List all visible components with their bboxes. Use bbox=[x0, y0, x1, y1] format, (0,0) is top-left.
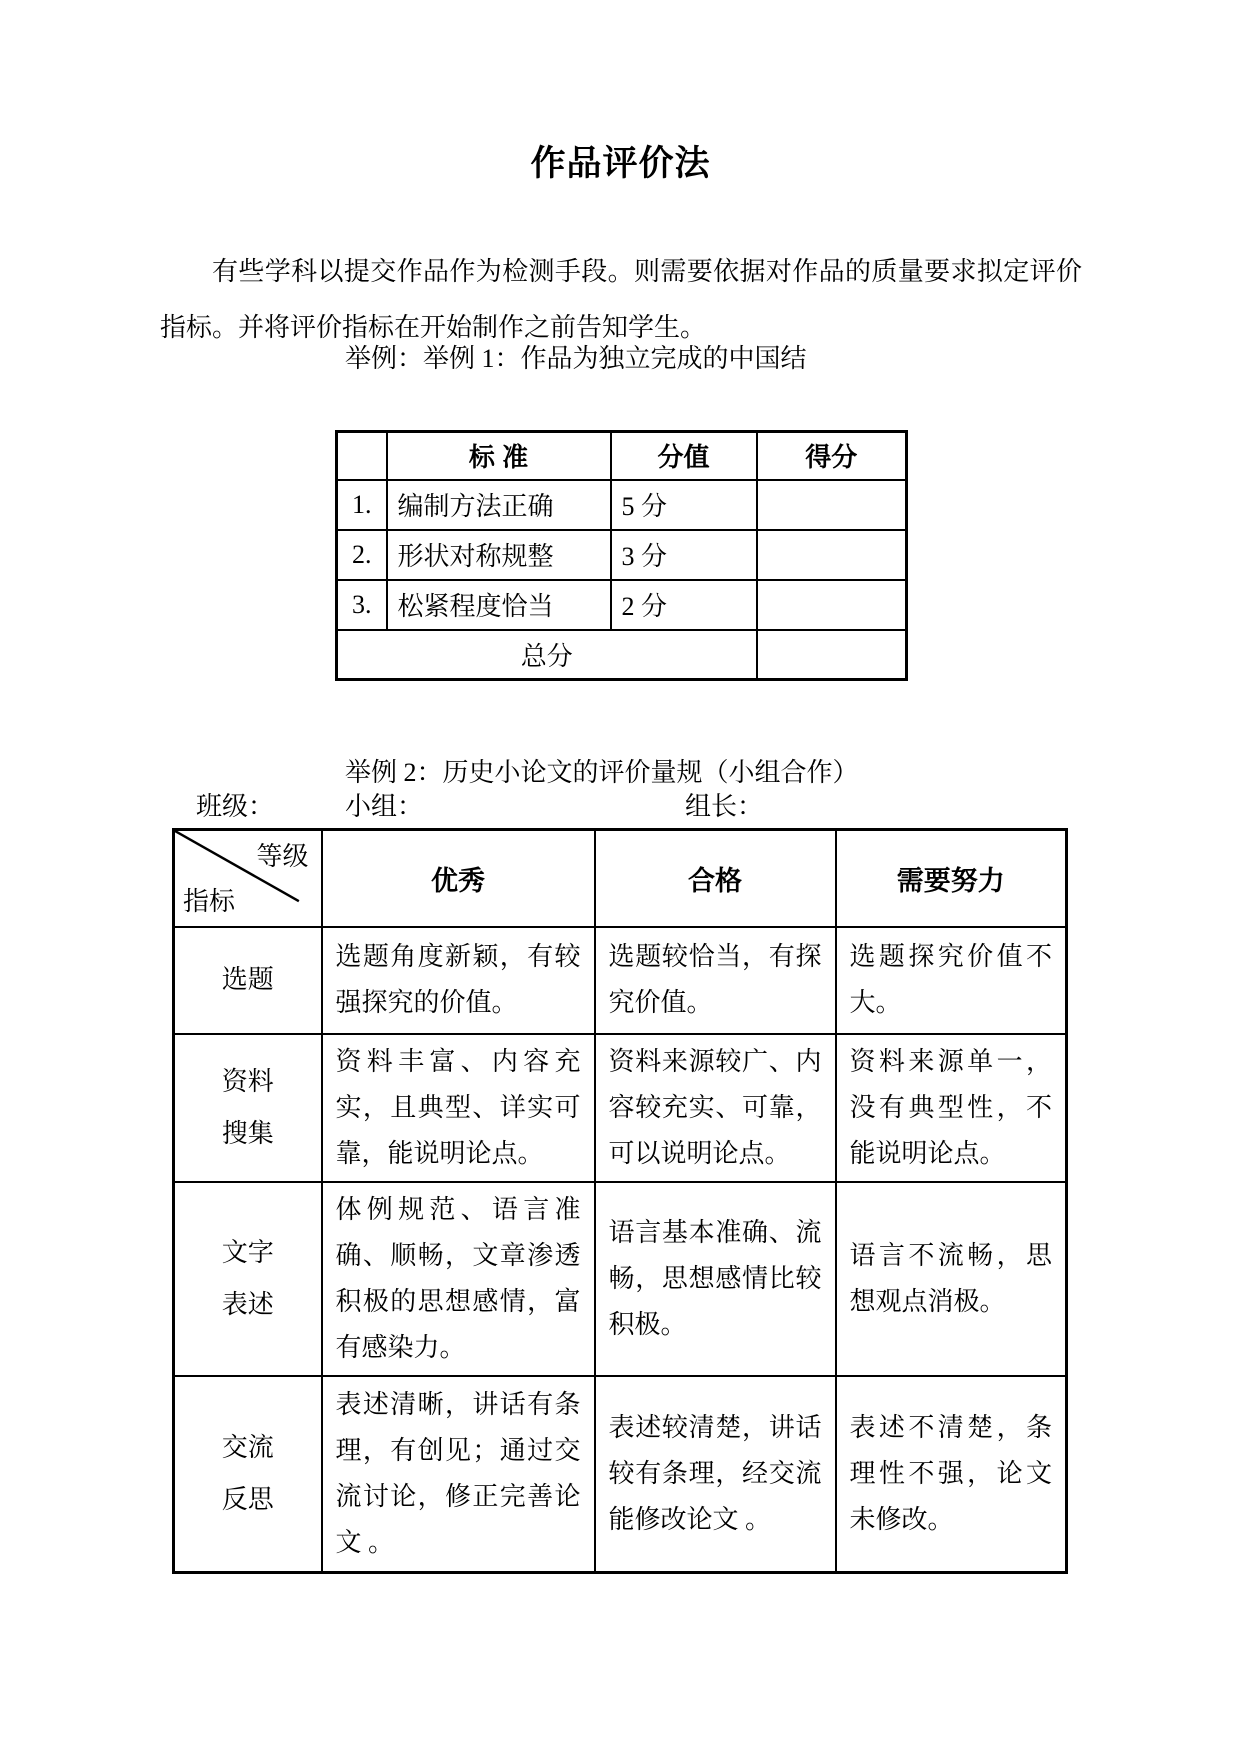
row-score: 3 分 bbox=[611, 530, 757, 580]
t2-header-needs-effort: 需要努力 bbox=[836, 830, 1067, 927]
table-row: 交流反思 表述清晰，讲话有条理，有创见；通过交流讨论，修正完善论文 。 表述较清… bbox=[174, 1376, 1067, 1573]
indicator-label-text: 选题 bbox=[220, 954, 276, 1006]
t2-header-excellent: 优秀 bbox=[322, 830, 595, 927]
score-table-header-row: 标 准 分值 得分 bbox=[337, 432, 907, 480]
qualified-cell: 选题较恰当，有探究价值。 bbox=[595, 927, 836, 1034]
example2-caption: 举例 2：历史小论文的评价量规（小组合作） bbox=[345, 752, 859, 789]
indicator-label-text: 交流反思 bbox=[220, 1422, 276, 1526]
indicator-label: 资料搜集 bbox=[174, 1034, 322, 1182]
row-number: 1. bbox=[337, 480, 387, 530]
table-row: 1. 编制方法正确 5 分 bbox=[337, 480, 907, 530]
indicator-label: 选题 bbox=[174, 927, 322, 1034]
row-earned-cell bbox=[757, 580, 907, 630]
total-row: 总分 bbox=[337, 630, 907, 680]
table-row: 文字表述 体例规范、语言准确、顺畅，文章渗透积极的思想感情，富有感染力。 语言基… bbox=[174, 1182, 1067, 1376]
row-number: 3. bbox=[337, 580, 387, 630]
corner-label-indicator: 指标 bbox=[183, 881, 235, 918]
total-earned-cell bbox=[757, 630, 907, 680]
corner-cell: 等级 指标 bbox=[174, 830, 322, 927]
indicator-label: 文字表述 bbox=[174, 1182, 322, 1376]
excellent-cell: 表述清晰，讲话有条理，有创见；通过交流讨论，修正完善论文 。 bbox=[322, 1376, 595, 1573]
t1-header-earned: 得分 bbox=[757, 432, 907, 480]
page-title: 作品评价法 bbox=[0, 136, 1241, 186]
class-field-label: 班级： bbox=[196, 786, 274, 823]
table-row: 3. 松紧程度恰当 2 分 bbox=[337, 580, 907, 630]
needs-effort-cell: 选题探究价值不大。 bbox=[836, 927, 1067, 1034]
indicator-label: 交流反思 bbox=[174, 1376, 322, 1573]
example1-caption: 举例：举例 1：作品为独立完成的中国结 bbox=[345, 338, 807, 375]
corner-label-grade: 等级 bbox=[256, 836, 308, 873]
excellent-cell: 选题角度新颖，有较强探究的价值。 bbox=[322, 927, 595, 1034]
document-page: 作品评价法 有些学科以提交作品作为检测手段。则需要依据对作品的质量要求拟定评价指… bbox=[0, 0, 1241, 1754]
rubric-header-row: 等级 指标 优秀 合格 需要努力 bbox=[174, 830, 1067, 927]
table-row: 资料搜集 资料丰富、内容充实，且典型、详实可靠，能说明论点。 资料来源较广、内容… bbox=[174, 1034, 1067, 1182]
total-label: 总分 bbox=[337, 630, 757, 680]
row-earned-cell bbox=[757, 530, 907, 580]
row-criterion: 编制方法正确 bbox=[387, 480, 611, 530]
row-number: 2. bbox=[337, 530, 387, 580]
t2-header-qualified: 合格 bbox=[595, 830, 836, 927]
rubric-table: 等级 指标 优秀 合格 需要努力 选题 选题角度新颖，有较强探究的价值。 选题较… bbox=[172, 828, 1068, 1574]
needs-effort-cell: 资料来源单一，没有典型性，不能说明论点。 bbox=[836, 1034, 1067, 1182]
t1-header-score: 分值 bbox=[611, 432, 757, 480]
table-row: 2. 形状对称规整 3 分 bbox=[337, 530, 907, 580]
row-score: 5 分 bbox=[611, 480, 757, 530]
row-earned-cell bbox=[757, 480, 907, 530]
qualified-cell: 资料来源较广、内容较充实、可靠，可以说明论点。 bbox=[595, 1034, 836, 1182]
excellent-cell: 资料丰富、内容充实，且典型、详实可靠，能说明论点。 bbox=[322, 1034, 595, 1182]
leader-field-label: 组长： bbox=[685, 786, 763, 823]
row-criterion: 松紧程度恰当 bbox=[387, 580, 611, 630]
table-row: 选题 选题角度新颖，有较强探究的价值。 选题较恰当，有探究价值。 选题探究价值不… bbox=[174, 927, 1067, 1034]
row-score: 2 分 bbox=[611, 580, 757, 630]
needs-effort-cell: 语言不流畅，思想观点消极。 bbox=[836, 1182, 1067, 1376]
score-table: 标 准 分值 得分 1. 编制方法正确 5 分 2. 形状对称规整 3 分 3.… bbox=[335, 430, 908, 681]
excellent-cell: 体例规范、语言准确、顺畅，文章渗透积极的思想感情，富有感染力。 bbox=[322, 1182, 595, 1376]
row-criterion: 形状对称规整 bbox=[387, 530, 611, 580]
t1-header-empty bbox=[337, 432, 387, 480]
t1-header-criterion: 标 准 bbox=[387, 432, 611, 480]
indicator-label-text: 文字表述 bbox=[220, 1227, 276, 1331]
needs-effort-cell: 表述不清楚，条理性不强，论文未修改。 bbox=[836, 1376, 1067, 1573]
indicator-label-text: 资料搜集 bbox=[220, 1056, 276, 1160]
group-field-label: 小组： bbox=[345, 786, 423, 823]
qualified-cell: 表述较清楚，讲话较有条理，经交流能修改论文 。 bbox=[595, 1376, 836, 1573]
qualified-cell: 语言基本准确、流畅，思想感情比较积极。 bbox=[595, 1182, 836, 1376]
